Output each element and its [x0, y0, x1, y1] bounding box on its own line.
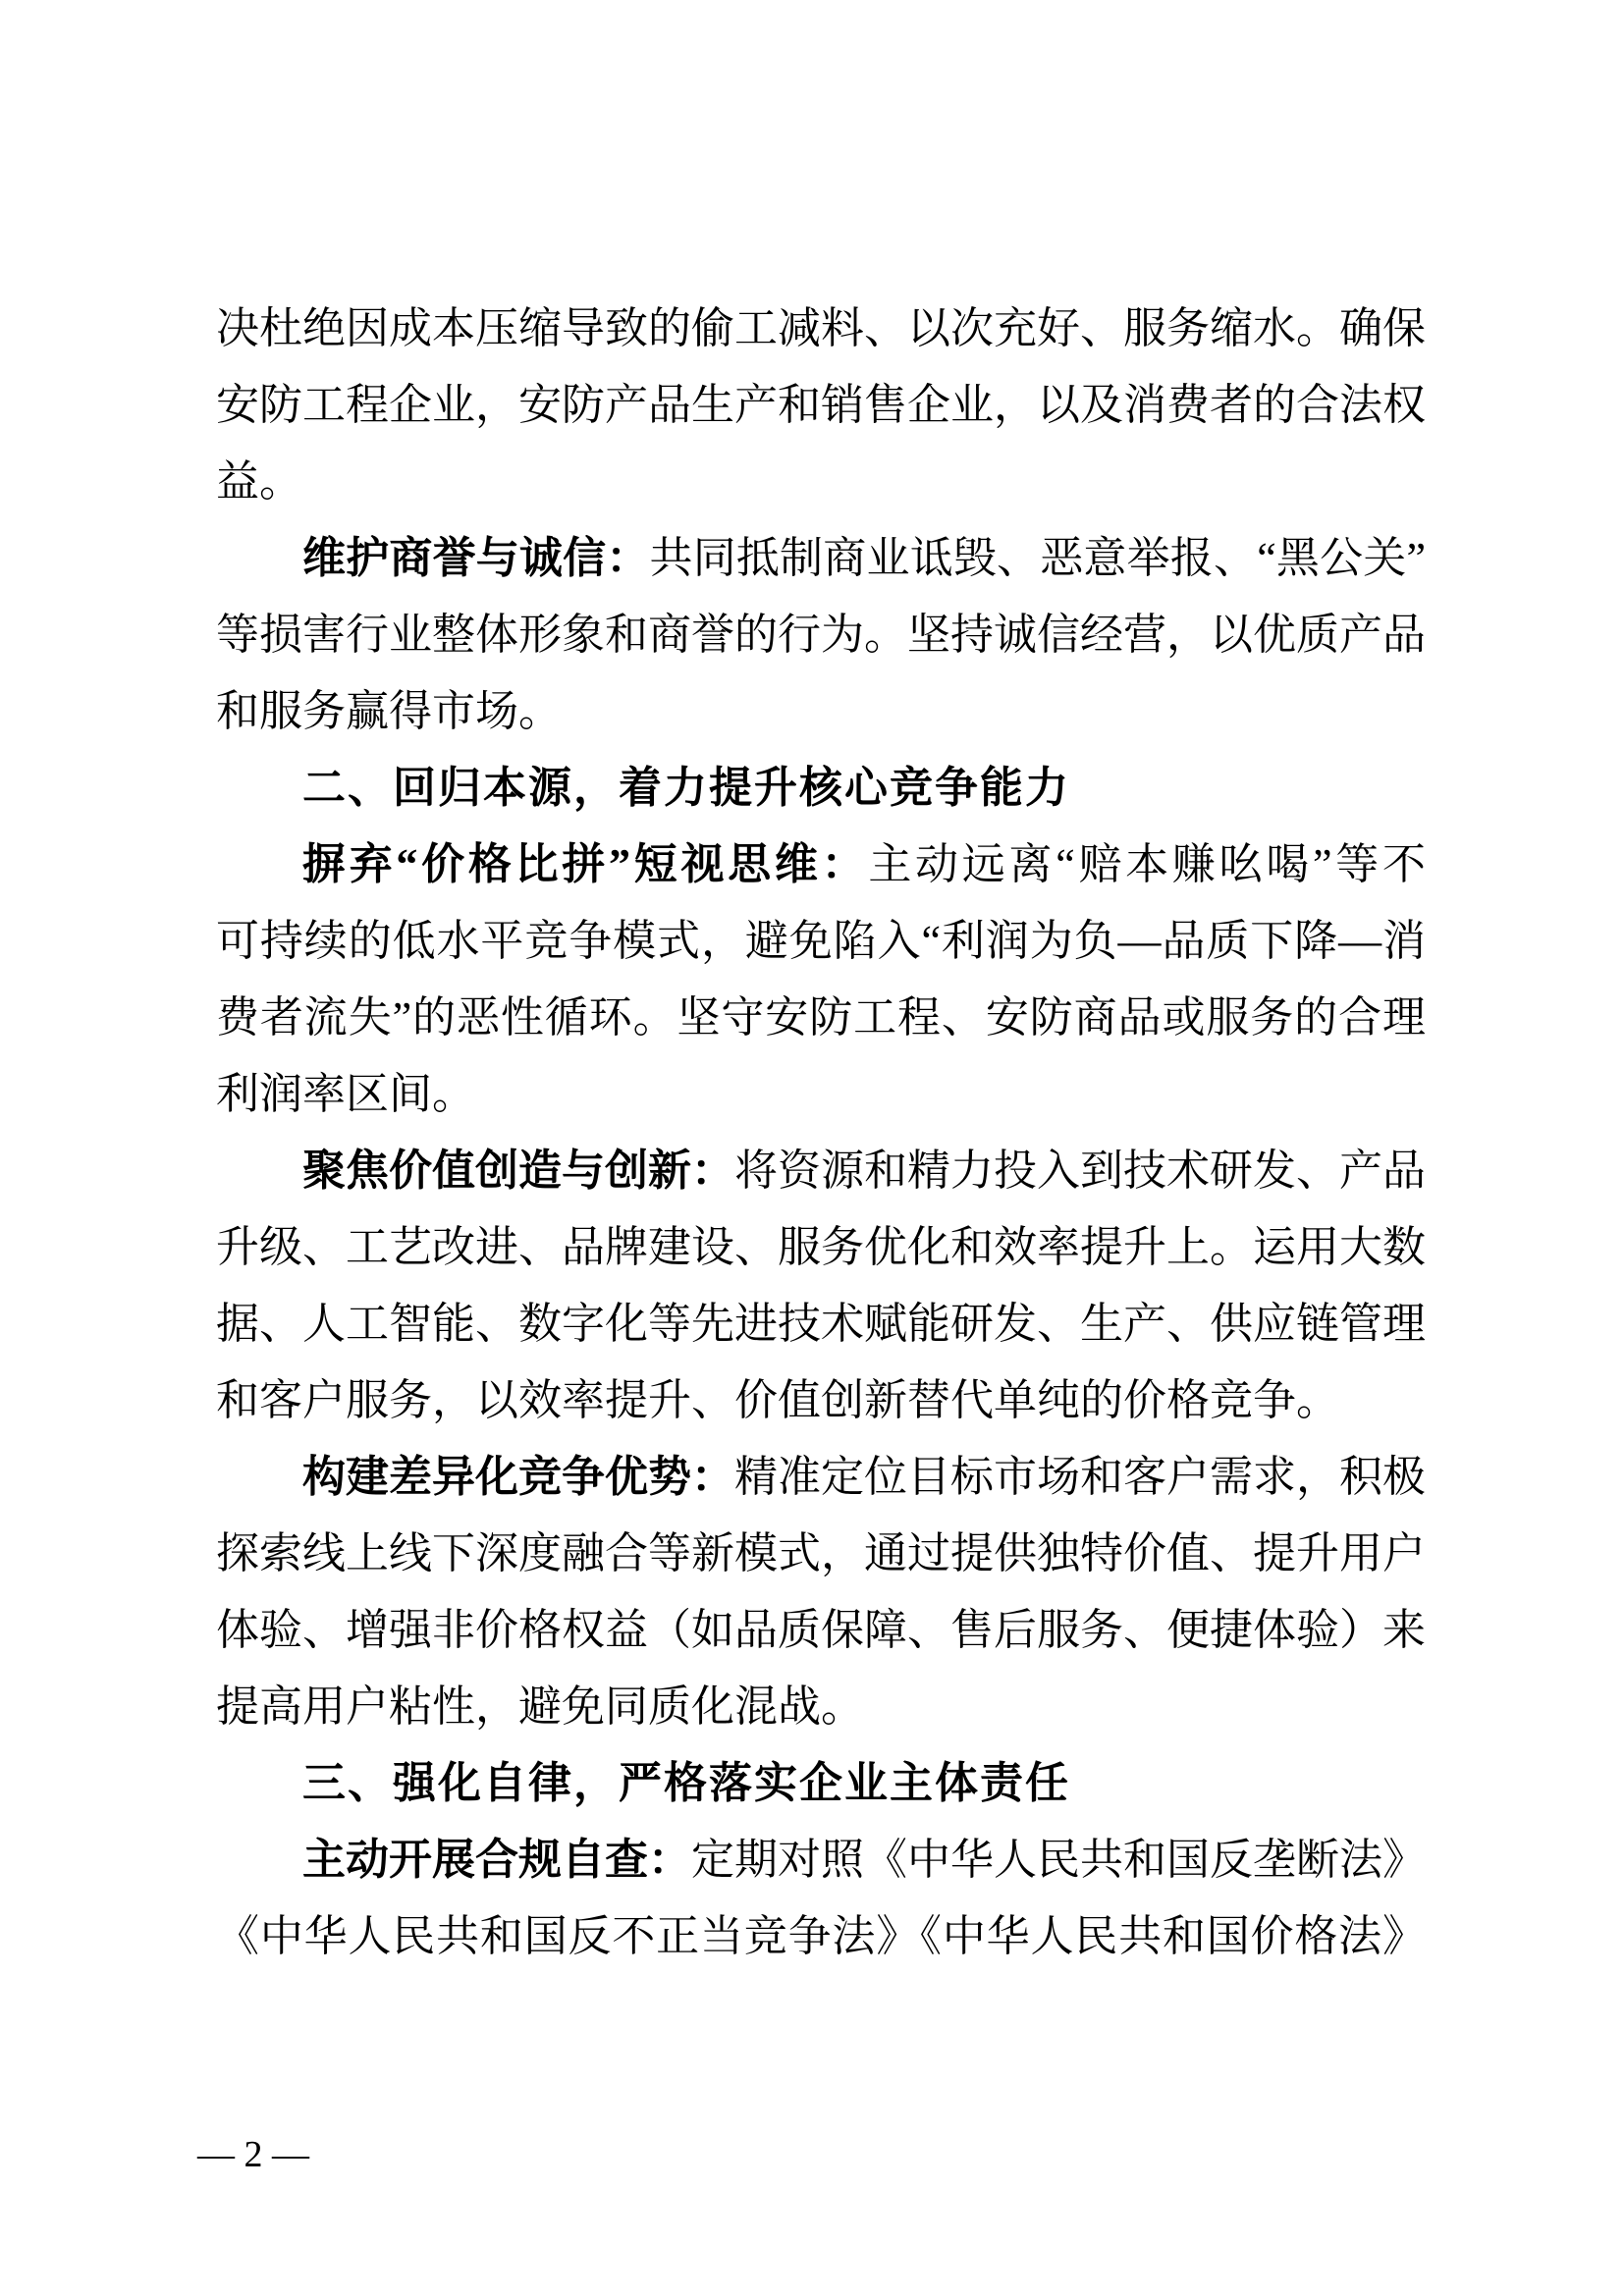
text-segment: 升级、工艺改进、品牌建设、服务优化和效率提升上。运用大数 [216, 1223, 1426, 1271]
text-segment: 利润率区间。 [216, 1070, 475, 1118]
text-segment-bold: 二、回归本源，着力提升核心竞争能力 [302, 764, 1070, 812]
text-segment: 《中华人民共和国反不正当竞争法》《中华人民共和国价格法》 [216, 1912, 1426, 1960]
text-line: 《中华人民共和国反不正当竞争法》《中华人民共和国价格法》 [216, 1898, 1426, 1975]
text-line: 摒弃“价格比拼”短视思维：主动远离“赔本赚吆喝”等不 [216, 827, 1426, 903]
text-segment: 安防工程企业，安防产品生产和销售企业，以及消费者的合法权 [216, 381, 1426, 429]
text-line: 和服务赢得市场。 [216, 673, 1426, 750]
text-line: 探索线上线下深度融合等新模式，通过提供独特价值、提升用户 [216, 1516, 1426, 1592]
text-line: 提高用户粘性，避免同质化混战。 [216, 1669, 1426, 1745]
text-segment: 定期对照《中华人民共和国反垄断法》 [691, 1836, 1426, 1884]
text-line: 费者流失”的恶性循环。坚守安防工程、安防商品或服务的合理 [216, 980, 1426, 1056]
text-segment: 和客户服务，以效率提升、价值创新替代单纯的价格竞争。 [216, 1376, 1339, 1424]
text-segment: 探索线上线下深度融合等新模式，通过提供独特价值、提升用户 [216, 1529, 1426, 1577]
text-segment: 提高用户粘性，避免同质化混战。 [216, 1682, 864, 1731]
text-line: 等损害行业整体形象和商誉的行为。坚持诚信经营，以优质产品 [216, 597, 1426, 673]
text-segment-bold: 摒弃“价格比拼”短视思维： [302, 840, 868, 888]
text-segment: 益。 [216, 457, 302, 506]
text-line: 维护商誉与诚信：共同抵制商业诋毁、恶意举报、“黑公关” [216, 520, 1426, 597]
text-segment: 等损害行业整体形象和商誉的行为。坚持诚信经营，以优质产品 [216, 611, 1426, 659]
section-heading: 二、回归本源，着力提升核心竞争能力 [216, 750, 1426, 827]
text-segment: 精准定位目标市场和客户需求，积极 [734, 1453, 1426, 1501]
page-number: — 2 — [197, 2120, 309, 2189]
text-line: 安防工程企业，安防产品生产和销售企业，以及消费者的合法权 [216, 367, 1426, 444]
text-line: 益。 [216, 444, 1426, 520]
text-line: 体验、增强非价格权益（如品质保障、售后服务、便捷体验）来 [216, 1592, 1426, 1669]
text-segment-bold: 三、强化自律，严格落实企业主体责任 [302, 1759, 1070, 1807]
text-segment: 将资源和精力投入到技术研发、产品 [734, 1147, 1426, 1195]
document-text: 决杜绝因成本压缩导致的偷工减料、以次充好、服务缩水。确保安防工程企业，安防产品生… [216, 291, 1426, 1975]
text-segment: 主动远离“赔本赚吆喝”等不 [868, 840, 1426, 888]
text-segment: 决杜绝因成本压缩导致的偷工减料、以次充好、服务缩水。确保 [216, 304, 1426, 352]
document-page: 决杜绝因成本压缩导致的偷工减料、以次充好、服务缩水。确保安防工程企业，安防产品生… [0, 0, 1624, 2296]
text-line: 据、人工智能、数字化等先进技术赋能研发、生产、供应链管理 [216, 1286, 1426, 1362]
text-segment-bold: 聚焦价值创造与创新： [302, 1147, 734, 1195]
text-line: 构建差异化竞争优势：精准定位目标市场和客户需求，积极 [216, 1439, 1426, 1516]
text-segment-bold: 构建差异化竞争优势： [302, 1453, 734, 1501]
text-line: 主动开展合规自查：定期对照《中华人民共和国反垄断法》 [216, 1822, 1426, 1898]
text-line: 升级、工艺改进、品牌建设、服务优化和效率提升上。运用大数 [216, 1209, 1426, 1286]
text-segment: 可持续的低水平竞争模式，避免陷入“利润为负—品质下降—消 [216, 917, 1426, 965]
text-line: 聚焦价值创造与创新：将资源和精力投入到技术研发、产品 [216, 1133, 1426, 1209]
text-segment-bold: 主动开展合规自查： [302, 1836, 691, 1884]
text-segment: 费者流失”的恶性循环。坚守安防工程、安防商品或服务的合理 [216, 993, 1426, 1041]
text-line: 决杜绝因成本压缩导致的偷工减料、以次充好、服务缩水。确保 [216, 291, 1426, 367]
text-line: 可持续的低水平竞争模式，避免陷入“利润为负—品质下降—消 [216, 903, 1426, 980]
text-segment-bold: 维护商誉与诚信： [302, 534, 650, 582]
text-segment: 共同抵制商业诋毁、恶意举报、“黑公关” [650, 534, 1426, 582]
section-heading: 三、强化自律，严格落实企业主体责任 [216, 1745, 1426, 1822]
text-segment: 和服务赢得市场。 [216, 687, 562, 735]
text-line: 和客户服务，以效率提升、价值创新替代单纯的价格竞争。 [216, 1362, 1426, 1439]
text-segment: 体验、增强非价格权益（如品质保障、售后服务、便捷体验）来 [216, 1606, 1426, 1654]
text-line: 利润率区间。 [216, 1056, 1426, 1133]
text-segment: 据、人工智能、数字化等先进技术赋能研发、生产、供应链管理 [216, 1300, 1426, 1348]
